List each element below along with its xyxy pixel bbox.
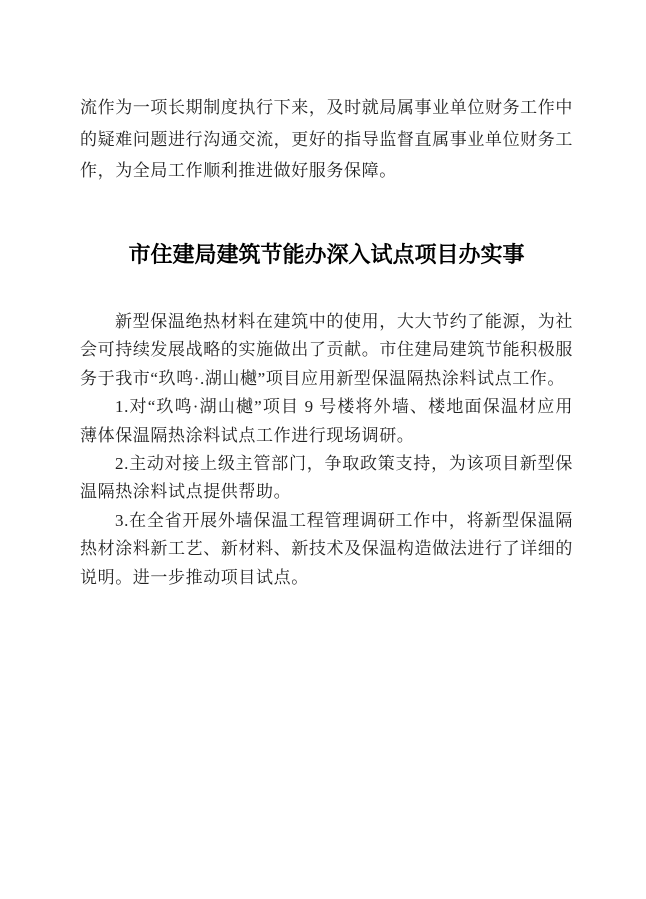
article-body: 新型保温绝热材料在建筑中的使用，大大节约了能源，为社会可持续发展战略的实施做出了…: [80, 308, 573, 592]
article-paragraph-item-1: 1.对“玖鸣·湖山樾”项目 9 号楼将外墙、楼地面保温材应用薄体保温隔热涂料试点…: [80, 393, 573, 450]
article-paragraph-intro: 新型保温绝热材料在建筑中的使用，大大节约了能源，为社会可持续发展战略的实施做出了…: [80, 308, 573, 393]
article-paragraph-item-2: 2.主动对接上级主管部门，争取政策支持，为该项目新型保温隔热涂料试点提供帮助。: [80, 450, 573, 507]
intro-paragraph: 流作为一项长期制度执行下来，及时就局属事业单位财务工作中的疑难问题进行沟通交流，…: [80, 92, 573, 187]
document-page: 流作为一项长期制度执行下来，及时就局属事业单位财务工作中的疑难问题进行沟通交流，…: [0, 0, 646, 899]
article-title: 市住建局建筑节能办深入试点项目办实事: [80, 240, 573, 270]
article-paragraph-item-3: 3.在全省开展外墙保温工程管理调研工作中，将新型保温隔热材涂料新工艺、新材料、新…: [80, 507, 573, 592]
